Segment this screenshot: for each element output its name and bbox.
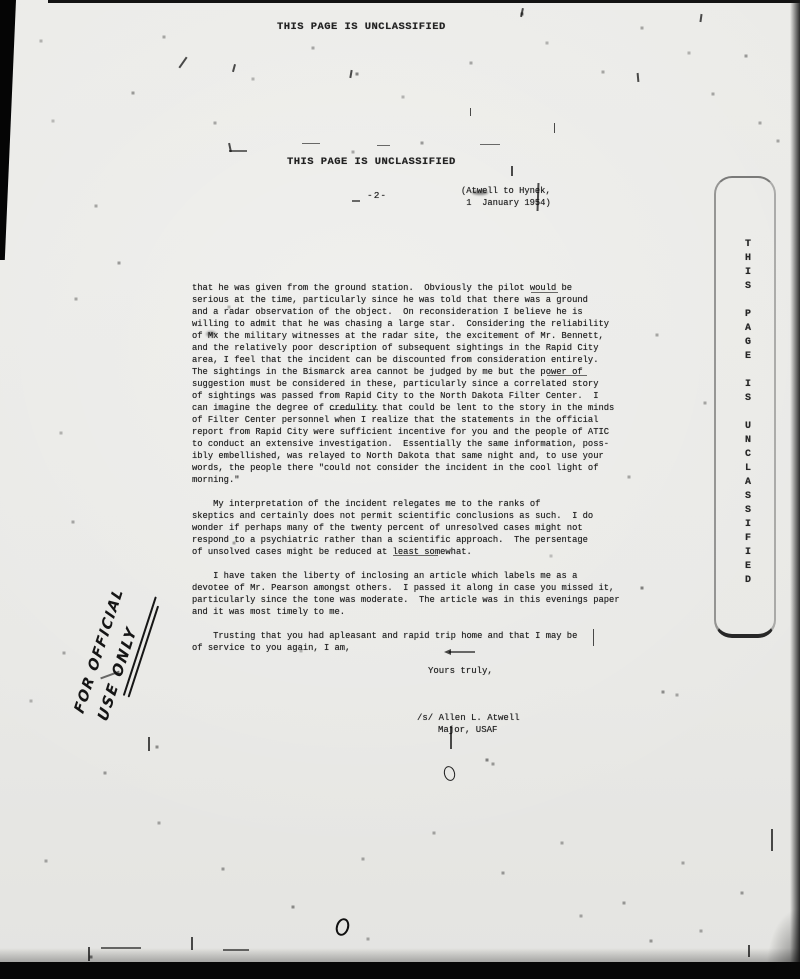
scanned-letter-page: THIS PAGE IS UNCLASSIFIED THIS PAGE IS U… — [0, 0, 800, 979]
scratch-mark — [450, 726, 452, 749]
classification-banner-side-vertical: T H I S P A G E I S U N C L A S S I F I … — [741, 238, 755, 588]
smudge-mark — [472, 190, 488, 195]
scan-edge-top — [48, 0, 800, 3]
classification-banner-top: THIS PAGE IS UNCLASSIFIED — [277, 21, 446, 33]
scratch-mark — [178, 57, 187, 69]
scratch-mark — [531, 292, 558, 293]
ring-artifact — [334, 916, 352, 937]
scratch-mark — [377, 145, 390, 146]
scan-edge-bottom-fade — [0, 948, 800, 962]
letter-closing: Yours truly, — [428, 666, 493, 676]
scratch-mark — [554, 123, 555, 133]
arrow-artifact — [449, 651, 475, 653]
scan-edge-bottom — [0, 962, 800, 979]
scratch-mark — [352, 200, 360, 202]
scratch-mark — [232, 64, 236, 72]
scratch-mark — [223, 949, 249, 951]
scratch-mark — [393, 555, 438, 556]
scan-edge-right — [790, 0, 800, 979]
scratch-mark — [191, 937, 193, 950]
scratch-mark — [771, 829, 773, 851]
signature-name: /s/ Allen L. Atwell — [417, 713, 520, 723]
scratch-mark — [470, 108, 471, 116]
scratch-mark — [748, 945, 750, 957]
scratch-mark — [88, 947, 90, 961]
handwritten-stamp: FOR OFFICIAL USE ONLY — [72, 549, 239, 748]
scratch-mark — [520, 8, 523, 17]
scan-edge-left — [0, 0, 16, 260]
scratch-mark — [547, 375, 587, 376]
scratch-mark — [229, 150, 247, 152]
classification-banner-middle: THIS PAGE IS UNCLASSIFIED — [287, 156, 456, 168]
scratch-mark — [148, 737, 150, 751]
smudge-mark — [206, 331, 216, 337]
scratch-mark — [101, 947, 141, 949]
page-number: -2- — [367, 190, 387, 201]
arrow-artifact-head — [444, 649, 451, 655]
scratch-mark — [480, 144, 500, 145]
circle-artifact — [442, 765, 457, 782]
letter-body: that he was given from the ground statio… — [192, 282, 620, 654]
signature-rank: Major, USAF — [438, 725, 497, 735]
scratch-mark — [302, 143, 320, 144]
scratch-mark — [330, 409, 378, 410]
scratch-mark — [349, 70, 352, 78]
scratch-mark — [699, 14, 702, 22]
scratch-mark — [593, 629, 594, 646]
scratch-mark — [637, 73, 639, 82]
scratch-mark — [511, 166, 513, 176]
